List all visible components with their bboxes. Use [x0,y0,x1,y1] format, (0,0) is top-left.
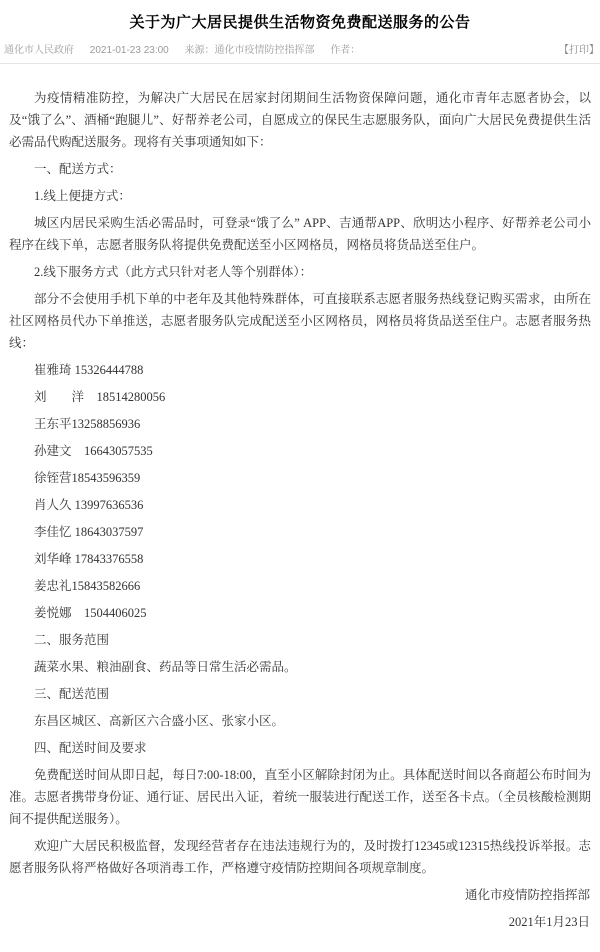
hotline-phone: 18514280056 [97,390,166,404]
hotline-list: 崔雅琦 15326444788 刘 洋 18514280056 王东平13258… [9,359,591,624]
hotline-row: 王东平13258856936 [9,413,591,435]
meta-bar: 通化市人民政府 2021-01-23 23:00 来源：通化市疫情防控指挥部 作… [0,44,600,58]
hotline-gap [84,390,97,404]
hotline-row: 姜悦娜 1504406025 [9,602,591,624]
hotline-gap [72,606,85,620]
meta-site: 通化市人民政府 [4,45,74,56]
hotline-phone: 15326444788 [75,363,144,377]
hotline-gap [72,444,85,458]
article-body: 为疫情精准防控，为解决广大居民在居家封闭期间生活物资保障问题，通化市青年志愿者协… [0,64,600,879]
hotline-row: 刘 洋 18514280056 [9,386,591,408]
signature-block: 通化市疫情防控指挥部 2021年1月23日 [0,884,600,952]
hotline-name: 孙建文 [34,444,72,458]
hotline-row: 刘华峰 17843376558 [9,548,591,570]
hotline-name: 刘 洋 [34,390,84,404]
section-heading-service-scope: 二、服务范围 [9,629,591,651]
meta-author: 作者： [330,45,360,56]
hotline-phone: 17843376558 [75,552,144,566]
subsection-heading-online: 1.线上便捷方式： [9,185,591,207]
announcement-page: 关于为广大居民提供生活物资免费配送服务的公告 通化市人民政府 2021-01-2… [0,0,600,952]
paragraph: 城区内居民采购生活必需品时，可登录“饿了么” APP、吉通帮APP、欣明达小程序… [9,212,591,256]
hotline-phone: 1504406025 [84,606,147,620]
paragraph: 蔬菜水果、粮油副食、药品等日常生活必需品。 [9,656,591,678]
hotline-phone: 18643037597 [75,525,144,539]
paragraph: 免费配送时间从即日起，每日7:00-18:00，直至小区解除封闭为止。具体配送时… [9,764,591,830]
hotline-name: 崔雅琦 [34,363,72,377]
meta-source: 来源：通化市疫情防控指挥部 [185,45,315,56]
page-title: 关于为广大居民提供生活物资免费配送服务的公告 [0,0,600,44]
hotline-phone: 15843582666 [72,579,141,593]
hotline-phone: 13258856936 [72,417,141,431]
paragraph: 东昌区城区、高新区六合盛小区、张家小区。 [9,710,591,732]
hotline-row: 徐铚营18543596359 [9,467,591,489]
hotline-row: 李佳忆 18643037597 [9,521,591,543]
hotline-row: 孙建文 16643057535 [9,440,591,462]
hotline-name: 肖人久 [34,498,72,512]
hotline-name: 徐铚营 [34,471,72,485]
hotline-name: 刘华峰 [34,552,72,566]
signature: 通化市疫情防控指挥部 [9,884,590,906]
hotline-name: 李佳忆 [34,525,72,539]
subsection-heading-offline: 2.线下服务方式（此方式只针对老人等个别群体）： [9,261,591,283]
hotline-phone: 18543596359 [72,471,141,485]
meta-datetime: 2021-01-23 23:00 [90,45,169,56]
section-heading-delivery-scope: 三、配送范围 [9,683,591,705]
hotline-row: 姜忠礼15843582666 [9,575,591,597]
hotline-row: 肖人久 13997636536 [9,494,591,516]
section-heading-delivery-method: 一、配送方式： [9,158,591,180]
hotline-row: 崔雅琦 15326444788 [9,359,591,381]
paragraph: 欢迎广大居民积极监督，发现经营者存在违法违规行为的，及时拨打12345或1231… [9,835,591,879]
paragraph: 为疫情精准防控，为解决广大居民在居家封闭期间生活物资保障问题，通化市青年志愿者协… [9,87,591,153]
hotline-phone: 13997636536 [75,498,144,512]
hotline-name: 姜悦娜 [34,606,72,620]
signature-date: 2021年1月23日 [9,911,590,933]
section-heading-delivery-time: 四、配送时间及要求 [9,737,591,759]
hotline-phone: 16643057535 [84,444,153,458]
paragraph: 部分不会使用手机下单的中老年及其他特殊群体，可直接联系志愿者服务热线登记购买需求… [9,288,591,354]
hotline-name: 王东平 [34,417,72,431]
hotline-name: 姜忠礼 [34,579,72,593]
meta-info: 通化市人民政府 2021-01-23 23:00 来源：通化市疫情防控指挥部 作… [4,44,360,58]
print-button[interactable]: 【打印】 [559,44,599,58]
